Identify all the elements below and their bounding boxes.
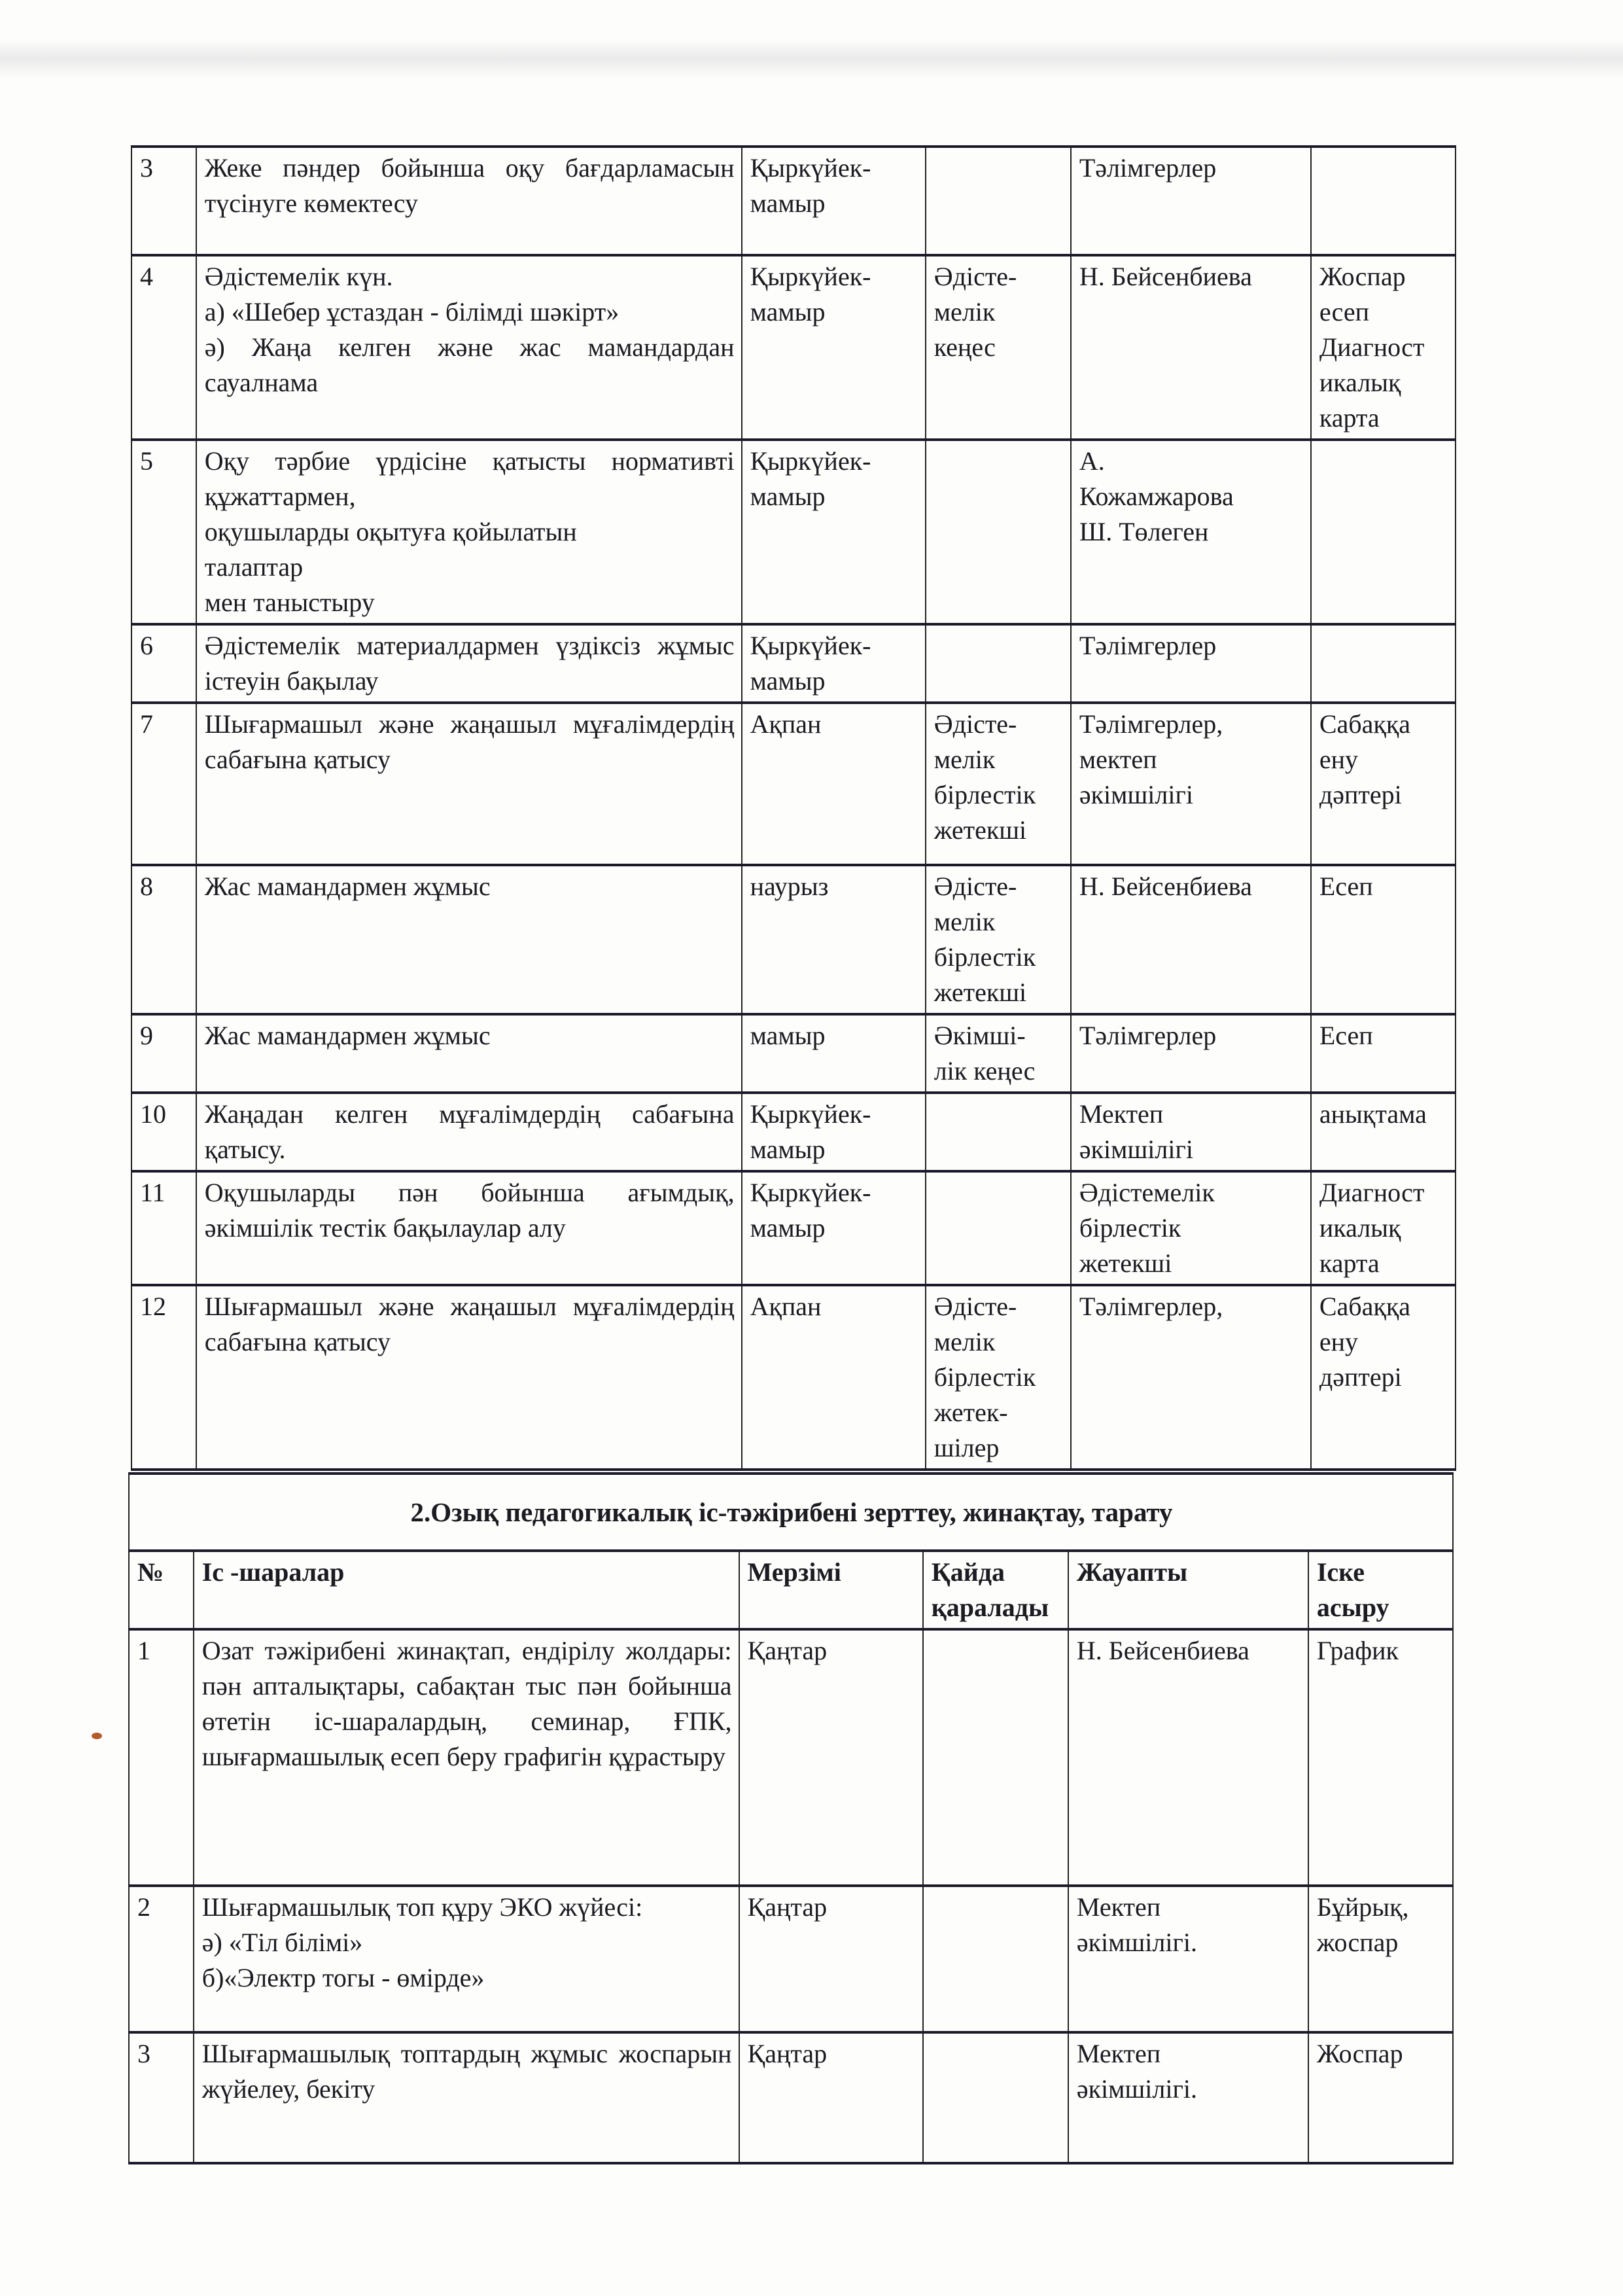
header-where-line: Қайда [932,1555,1061,1590]
row-number: 8 [131,865,196,1014]
where-cell-line: жетекші [934,813,1064,848]
responsible-cell-line: Тәлімгерлер [1079,1018,1304,1053]
responsible-cell-line: жетекші [1079,1246,1304,1281]
where-cell: Әдісте-мелікбірлестікжетек-шілер [926,1285,1071,1470]
activity-cell-line: ә) «Тіл білімі» [202,1925,732,1960]
table-row: 9Жас мамандармен жұмысмамырӘкімші-лік ке… [131,1014,1456,1093]
table-row: 3Жеке пәндер бойынша оқу бағдарламасын т… [131,147,1456,255]
output-cell: Сабаққаенудәптері [1311,1285,1456,1470]
responsible-cell-line: әкімшілігі. [1077,1925,1301,1960]
term-cell-line: Қыркүйек- [750,1175,918,1210]
term-cell-line: мамыр [750,1132,918,1167]
activity-cell-line: Шығармашыл және жаңашыл мұғалімдердің са… [205,707,735,777]
output-cell-line: жоспар [1317,1925,1446,1960]
header-output: Іске асыру [1308,1551,1453,1629]
activity-cell-line: Оқушыларды пән бойынша ағымдық, әкімшілі… [205,1175,735,1246]
table-row: 7Шығармашыл және жаңашыл мұғалімдердің с… [131,703,1456,865]
table-row: 8Жас мамандармен жұмыснаурызӘдісте-мелік… [131,865,1456,1014]
output-cell-line: ену [1319,1324,1448,1360]
activity-cell: Әдістемелік күн.а) «Шебер ұстаздан - біл… [196,255,742,440]
responsible-cell: Мектепәкімшілігі. [1068,2032,1308,2163]
where-cell [926,147,1071,255]
activity-cell-line: талаптар [205,550,735,585]
where-cell-line: Әдісте- [934,259,1064,294]
output-cell-line: икалық [1319,365,1448,400]
row-number: 1 [129,1629,194,1886]
responsible-cell-line: Мектеп [1077,1890,1301,1925]
responsible-cell: Тәлімгерлер,мектепәкімшілігі [1071,703,1311,865]
activity-cell-line: оқушыларды оқытуға қойылатын [205,514,735,550]
where-cell-line: Әдісте- [934,869,1064,904]
section-2-body: 1Озат тәжірибені жинақтап, ендірілу жолд… [129,1629,1453,2163]
output-cell-line: карта [1319,1246,1448,1281]
output-cell-line: Жоспар [1319,259,1448,294]
where-cell: Әдісте-мелікбірлестікжетекші [926,703,1071,865]
header-number: № [129,1551,194,1629]
activity-cell-line: Әдістемелік күн. [205,259,735,294]
where-cell: Әдісте-мелікбірлестікжетекші [926,865,1071,1014]
row-number: 12 [131,1285,196,1470]
term-cell-line: Ақпан [750,707,918,742]
responsible-cell-line: Н. Бейсенбиева [1077,1633,1301,1669]
where-cell [926,440,1071,624]
output-cell [1311,440,1456,624]
output-cell-line: Диагност [1319,1175,1448,1210]
where-cell [926,624,1071,703]
header-where: Қайда қаралады [923,1551,1068,1629]
responsible-cell-line: Тәлімгерлер [1079,150,1304,186]
term-cell: Қыркүйек-мамыр [742,147,926,255]
where-cell-line: бірлестік [934,1360,1064,1395]
scan-speck [92,1733,102,1739]
term-cell-line: Қыркүйек- [750,1097,918,1132]
term-cell-line: Қаңтар [748,1633,916,1669]
responsible-cell-line: Мектеп [1079,1097,1304,1132]
output-cell-line: Есеп [1319,1018,1448,1053]
term-cell-line: мамыр [750,479,918,514]
activity-cell: Шығармашыл және жаңашыл мұғалімдердің са… [196,1285,742,1470]
row-number: 6 [131,624,196,703]
output-cell: Бұйрық,жоспар [1308,1886,1453,2032]
section-2-table: 2.Озық педагогикалық іс-тәжірибені зертт… [128,1472,1454,2164]
responsible-cell: Н. Бейсенбиева [1068,1629,1308,1886]
output-cell-line: дәптері [1319,1360,1448,1395]
activity-cell: Шығармашылық топтардың жұмыс жоспарын жү… [194,2032,739,2163]
where-cell: Әдісте-меліккеңес [926,255,1071,440]
activity-cell: Әдістемелік материалдармен үздіксіз жұмы… [196,624,742,703]
row-number: 3 [131,147,196,255]
row-number: 2 [129,1886,194,2032]
row-number: 7 [131,703,196,865]
term-cell: Қыркүйек-мамыр [742,440,926,624]
output-cell-line: есеп [1319,294,1448,330]
table-row: 10Жаңадан келген мұғалімдердің сабағына … [131,1093,1456,1171]
output-cell: Диагностикалықкарта [1311,1171,1456,1285]
table-row: 11Оқушыларды пән бойынша ағымдық, әкімші… [131,1171,1456,1285]
term-cell: Қыркүйек-мамыр [742,624,926,703]
term-cell-line: мамыр [750,186,918,221]
output-cell-line: Сабаққа [1319,1289,1448,1324]
activity-cell: Шығармашылық топ құру ЭКО жүйесі:ә) «Тіл… [194,1886,739,2032]
section-title: 2.Озық педагогикалық іс-тәжірибені зертт… [129,1474,1453,1551]
responsible-cell-line: Мектеп [1077,2036,1301,2072]
output-cell-line: Сабаққа [1319,707,1448,742]
activity-cell-line: ә) Жаңа келген және жас мамандардан сауа… [205,330,735,400]
term-cell-line: мамыр [750,663,918,699]
output-cell [1311,147,1456,255]
where-cell-line: Әкімші- [934,1018,1064,1053]
activity-cell-line: Жаңадан келген мұғалімдердің сабағына қа… [205,1097,735,1167]
output-cell-line: Бұйрық, [1317,1890,1446,1925]
responsible-cell-line: А. [1079,444,1304,479]
term-cell: Қыркүйек-мамыр [742,1093,926,1171]
where-cell-line: шілер [934,1430,1064,1466]
term-cell-line: Ақпан [750,1289,918,1324]
table-row: 6Әдістемелік материалдармен үздіксіз жұм… [131,624,1456,703]
activity-cell: Оқушыларды пән бойынша ағымдық, әкімшілі… [196,1171,742,1285]
activity-cell: Жас мамандармен жұмыс [196,865,742,1014]
term-cell: Қаңтар [739,1886,923,2032]
where-cell-line: Әдісте- [934,707,1064,742]
output-cell: График [1308,1629,1453,1886]
term-cell-line: наурыз [750,869,918,904]
header-term: Мерзімі [739,1551,923,1629]
responsible-cell-line: әкімшілігі [1079,777,1304,813]
responsible-cell-line: Н. Бейсенбиева [1079,259,1304,294]
responsible-cell-line: Кожамжарова [1079,479,1304,514]
activity-cell-line: Жеке пәндер бойынша оқу бағдарламасын тү… [205,150,735,221]
row-number: 3 [129,2032,194,2163]
header-output-line: Іске [1317,1555,1446,1590]
responsible-cell-line: Тәлімгерлер [1079,628,1304,663]
responsible-cell: Әдістемелікбірлестікжетекші [1071,1171,1311,1285]
where-cell-line: бірлестік [934,940,1064,975]
term-cell-line: Қыркүйек- [750,150,918,186]
row-number: 4 [131,255,196,440]
output-cell-line: Жоспар [1317,2036,1446,2072]
responsible-cell: Тәлімгерлер [1071,1014,1311,1093]
row-number: 5 [131,440,196,624]
output-cell-line: дәптері [1319,777,1448,813]
output-cell: Жоспар [1308,2032,1453,2163]
where-cell-line: жетекші [934,975,1064,1010]
activity-cell: Жаңадан келген мұғалімдердің сабағына қа… [196,1093,742,1171]
activity-cell-line: Жас мамандармен жұмыс [205,1018,735,1053]
where-cell-line: Әдісте- [934,1289,1064,1324]
term-cell: Қыркүйек-мамыр [742,1171,926,1285]
term-cell-line: Қыркүйек- [750,259,918,294]
responsible-cell: Н. Бейсенбиева [1071,865,1311,1014]
where-cell: Әкімші-лік кеңес [926,1014,1071,1093]
where-cell [926,1093,1071,1171]
output-cell-line: Есеп [1319,869,1448,904]
activity-cell-line: а) «Шебер ұстаздан - білімді шәкірт» [205,294,735,330]
table-row: 2Шығармашылық топ құру ЭКО жүйесі:ә) «Ті… [129,1886,1453,2032]
output-cell: Есеп [1311,1014,1456,1093]
output-cell: Сабаққаенудәптері [1311,703,1456,865]
responsible-cell-line: Әдістемелік [1079,1175,1304,1210]
where-cell-line: кеңес [934,330,1064,365]
responsible-cell-line: Ш. Төлеген [1079,514,1304,550]
activity-cell-line: Озат тәжірибені жинақтап, ендірілу жолда… [202,1633,732,1775]
header-activity: Іс -шаралар [194,1551,739,1629]
activity-cell-line: Шығармашылық топтардың жұмыс жоспарын жү… [202,2036,732,2107]
responsible-cell-line: бірлестік [1079,1210,1304,1246]
responsible-cell: Н. Бейсенбиева [1071,255,1311,440]
activity-cell: Жас мамандармен жұмыс [196,1014,742,1093]
responsible-cell: Тәлімгерлер, [1071,1285,1311,1470]
responsible-cell: Тәлімгерлер [1071,147,1311,255]
activity-cell: Шығармашыл және жаңашыл мұғалімдердің са… [196,703,742,865]
responsible-cell: Тәлімгерлер [1071,624,1311,703]
table-row: 3Шығармашылық топтардың жұмыс жоспарын ж… [129,2032,1453,2163]
responsible-cell-line: мектеп [1079,742,1304,777]
activity-cell-line: б)«Электр тогы - өмірде» [202,1960,732,1996]
term-cell: Ақпан [742,1285,926,1470]
header-output-line: асыру [1317,1590,1446,1625]
plan-table-continued: 3Жеке пәндер бойынша оқу бағдарламасын т… [131,145,1456,1471]
row-number: 11 [131,1171,196,1285]
responsible-cell: А.КожамжароваШ. Төлеген [1071,440,1311,624]
term-cell: наурыз [742,865,926,1014]
where-cell [923,1629,1068,1886]
term-cell-line: Қаңтар [748,1890,916,1925]
activity-cell-line: мен таныстыру [205,585,735,620]
where-cell [923,2032,1068,2163]
where-cell-line: жетек- [934,1395,1064,1430]
term-cell-line: мамыр [750,1210,918,1246]
output-cell-line: Диагност [1319,330,1448,365]
activity-cell-line: Оқу тәрбие үрдісіне қатысты нормативті қ… [205,444,735,514]
term-cell: Ақпан [742,703,926,865]
where-cell [923,1886,1068,2032]
output-cell [1311,624,1456,703]
table-row: 4Әдістемелік күн.а) «Шебер ұстаздан - бі… [131,255,1456,440]
activity-cell-line: Әдістемелік материалдармен үздіксіз жұмы… [205,628,735,699]
responsible-cell-line: Тәлімгерлер, [1079,707,1304,742]
activity-cell: Жеке пәндер бойынша оқу бағдарламасын тү… [196,147,742,255]
table-row: 5Оқу тәрбие үрдісіне қатысты нормативті … [131,440,1456,624]
section-title-row: 2.Озық педагогикалық іс-тәжірибені зертт… [129,1474,1453,1551]
responsible-cell-line: Н. Бейсенбиева [1079,869,1304,904]
row-number: 10 [131,1093,196,1171]
header-where-line: қаралады [932,1590,1061,1625]
term-cell-line: мамыр [750,294,918,330]
term-cell-line: Қыркүйек- [750,628,918,663]
responsible-cell: Мектепәкімшілігі [1071,1093,1311,1171]
output-cell-line: карта [1319,400,1448,436]
where-cell-line: мелік [934,742,1064,777]
responsible-cell-line: Тәлімгерлер, [1079,1289,1304,1324]
output-cell: анықтама [1311,1093,1456,1171]
header-responsible: Жауапты [1068,1551,1308,1629]
term-cell: мамыр [742,1014,926,1093]
table-row: 1Озат тәжірибені жинақтап, ендірілу жолд… [129,1629,1453,1886]
activity-cell-line: Шығармашылық топ құру ЭКО жүйесі: [202,1890,732,1925]
term-cell: Қаңтар [739,2032,923,2163]
activity-cell-line: Шығармашыл және жаңашыл мұғалімдердің са… [205,1289,735,1360]
output-cell-line: анықтама [1319,1097,1448,1132]
responsible-cell-line: әкімшілігі. [1077,2072,1301,2107]
where-cell-line: бірлестік [934,777,1064,813]
header-row: № Іс -шаралар Мерзімі Қайда қаралады Жау… [129,1551,1453,1629]
responsible-cell-line: әкімшілігі [1079,1132,1304,1167]
term-cell: Қыркүйек-мамыр [742,255,926,440]
plan-table-body: 3Жеке пәндер бойынша оқу бағдарламасын т… [131,147,1456,1470]
table-row: 12Шығармашыл және жаңашыл мұғалімдердің … [131,1285,1456,1470]
where-cell-line: лік кеңес [934,1053,1064,1089]
output-cell-line: ену [1319,742,1448,777]
scan-shadow [0,39,1623,79]
activity-cell: Озат тәжірибені жинақтап, ендірілу жолда… [194,1629,739,1886]
term-cell-line: Қыркүйек- [750,444,918,479]
where-cell-line: мелік [934,1324,1064,1360]
output-cell-line: График [1317,1633,1446,1669]
output-cell-line: икалық [1319,1210,1448,1246]
output-cell: Есеп [1311,865,1456,1014]
term-cell: Қаңтар [739,1629,923,1886]
where-cell [926,1171,1071,1285]
term-cell-line: Қаңтар [748,2036,916,2072]
output-cell: ЖоспаресепДиагностикалықкарта [1311,255,1456,440]
responsible-cell: Мектепәкімшілігі. [1068,1886,1308,2032]
activity-cell: Оқу тәрбие үрдісіне қатысты нормативті қ… [196,440,742,624]
where-cell-line: мелік [934,294,1064,330]
activity-cell-line: Жас мамандармен жұмыс [205,869,735,904]
row-number: 9 [131,1014,196,1093]
where-cell-line: мелік [934,904,1064,940]
term-cell-line: мамыр [750,1018,918,1053]
